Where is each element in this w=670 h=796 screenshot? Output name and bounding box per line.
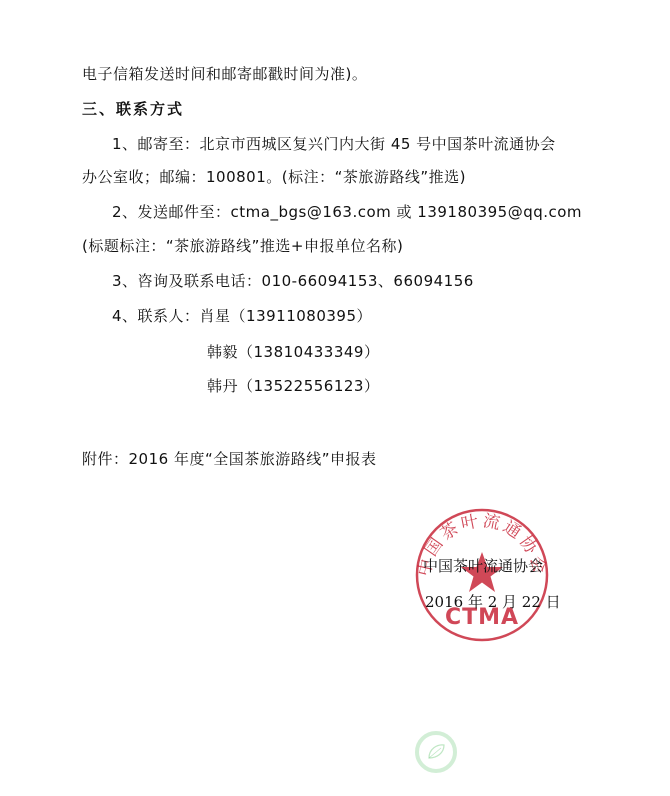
contact-item-4: 4、联系人：肖星（13911080395） <box>112 306 372 326</box>
contact-item-1-line1: 1、邮寄至：北京市西城区复兴门内大街 45 号中国茶叶流通协会 <box>112 134 556 154</box>
contact-item-3: 3、咨询及联系电话：010-66094153、66094156 <box>112 271 474 291</box>
contact-person-3: 韩丹（13522556123） <box>207 376 379 396</box>
contact-item-2-line2: (标题标注：“茶旅游路线”推选+申报单位名称) <box>82 236 403 256</box>
signature-organization: 中国茶叶流通协会 <box>423 555 543 576</box>
paragraph-continuation: 电子信箱发送时间和邮寄邮戳时间为准)。 <box>82 64 367 84</box>
attachment-note: 附件：2016 年度“全国茶旅游路线”申报表 <box>82 449 377 469</box>
leaf-watermark-icon <box>415 731 457 773</box>
section-heading: 三、联系方式 <box>82 99 184 119</box>
signature-date: 2016 年 2 月 22 日 <box>425 591 561 612</box>
contact-item-1-line2: 办公室收；邮编：100801。(标注：“茶旅游路线”推选) <box>82 167 466 187</box>
contact-person-2: 韩毅（13810433349） <box>207 342 379 362</box>
contact-item-2-line1: 2、发送邮件至：ctma_bgs@163.com 或 139180395@qq.… <box>112 202 582 222</box>
